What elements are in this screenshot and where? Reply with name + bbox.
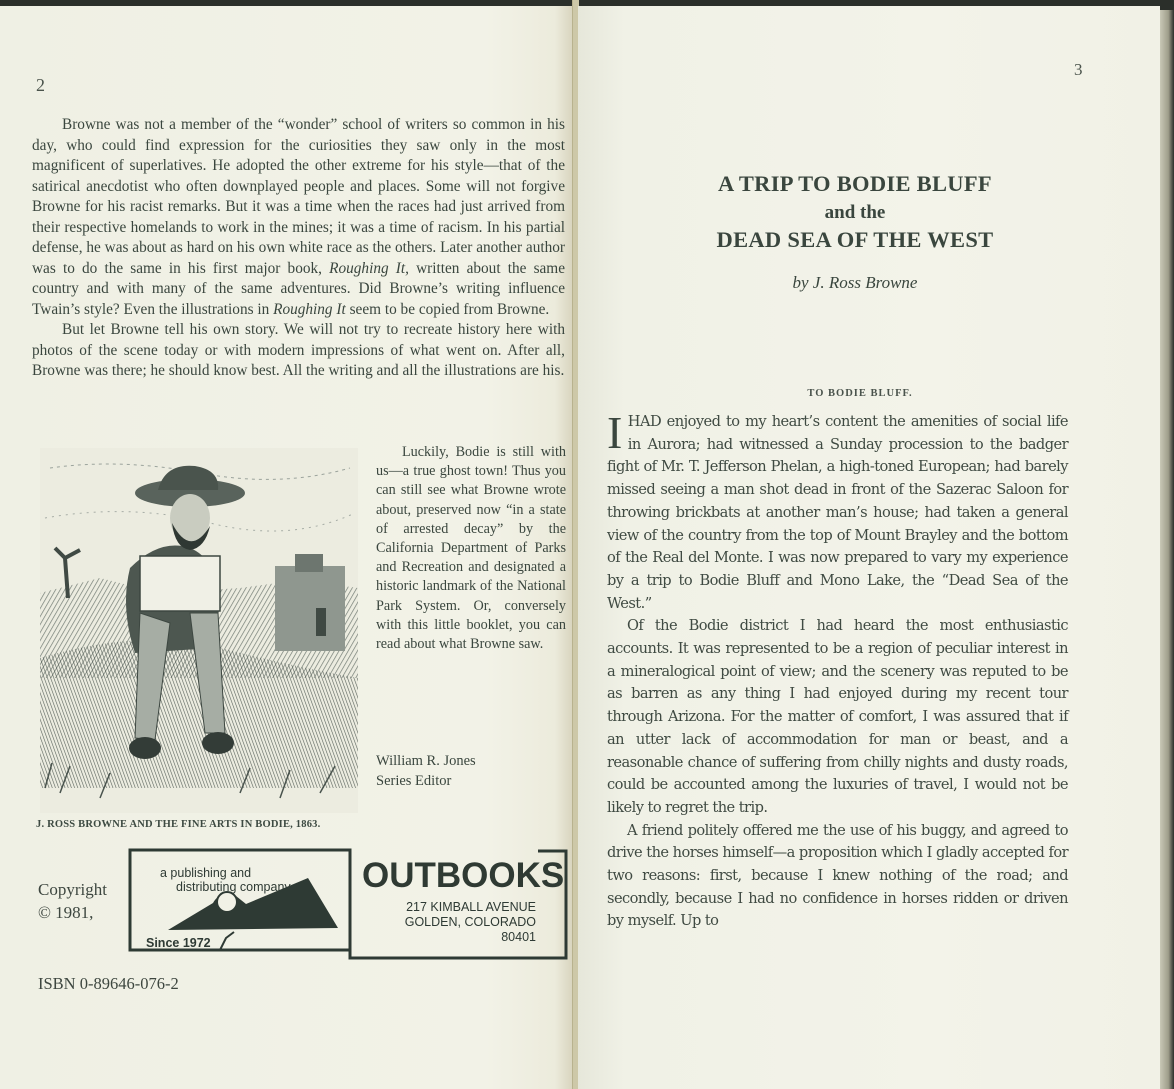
publisher-brand: OUTBOOKS [362, 856, 564, 896]
publisher-since: Since 1972 [146, 936, 211, 950]
title-line-2: and the [640, 201, 1070, 225]
intro-paragraph-1: Browne was not a member of the “wonder” … [32, 115, 565, 320]
introduction-text: Browne was not a member of the “wonder” … [32, 115, 565, 382]
page-number-right: 3 [1074, 60, 1083, 80]
body-paragraph-3: A friend politely offered me the use of … [607, 820, 1068, 934]
page-edge-right [1160, 10, 1174, 1089]
isbn: ISBN 0-89646-076-2 [38, 974, 179, 994]
body-paragraph-1: IHAD enjoyed to my heart’s content the a… [607, 411, 1068, 615]
publisher-tagline-2: distributing company [176, 880, 291, 894]
page-number-left: 2 [36, 75, 45, 96]
sidebar-paragraph: Luckily, Bodie is still with us—a true g… [376, 443, 566, 654]
publisher-tagline-1: a publishing and [160, 866, 251, 880]
title-line-1: A TRIP TO BODIE BLUFF [640, 170, 1070, 198]
chapter-title: A TRIP TO BODIE BLUFF and the DEAD SEA O… [640, 170, 1070, 293]
chapter-body: IHAD enjoyed to my heart’s content the a… [607, 411, 1068, 933]
section-heading: TO BODIE BLUFF. [600, 388, 1120, 399]
body-paragraph-2: Of the Bodie district I had heard the mo… [607, 615, 1068, 819]
author-byline: by J. Ross Browne [640, 273, 1070, 293]
drop-cap: I [607, 414, 622, 452]
editor-title: Series Editor [376, 772, 476, 792]
engraving-man-sketching-icon [40, 448, 358, 813]
editor-signature: William R. Jones Series Editor [376, 752, 476, 791]
copyright-notice: Copyright © 1981, [38, 878, 107, 924]
intro-paragraph-2: But let Browne tell his own story. We wi… [32, 320, 565, 382]
title-line-3: DEAD SEA OF THE WEST [640, 225, 1070, 255]
editor-name: William R. Jones [376, 752, 476, 772]
publisher-address: 217 KIMBALL AVENUE GOLDEN, COLORADO 8040… [356, 900, 536, 945]
sidebar-note: Luckily, Bodie is still with us—a true g… [376, 443, 566, 654]
illustration-caption: J. ROSS BROWNE AND THE FINE ARTS IN BODI… [36, 819, 320, 830]
